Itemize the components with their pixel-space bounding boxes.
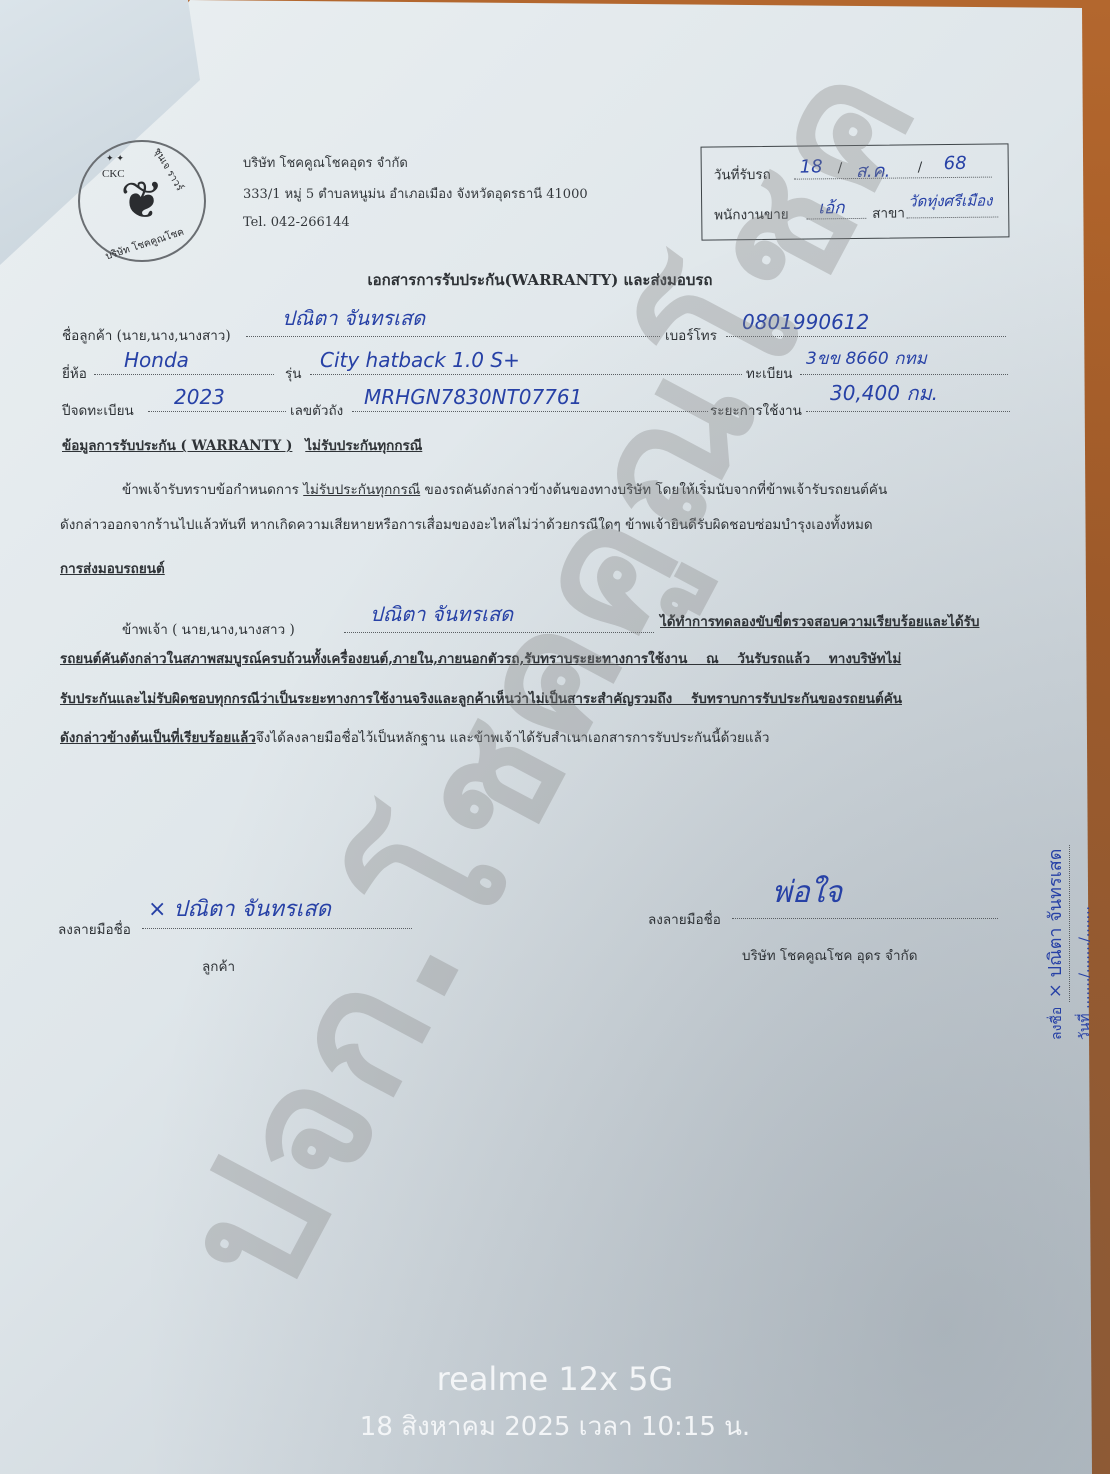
branch-label: สาขา	[872, 201, 905, 223]
reg-year-value: 2023	[174, 385, 225, 409]
side-sign-value: × ปณิตา จันทรเสด	[1040, 845, 1070, 1003]
company-name: บริษัท โชคคูณโชคอุดร จำกัด	[243, 152, 408, 173]
reg-year-field: 2023	[148, 393, 286, 412]
company-logo: ✦ ✦ CKC ❦ ชุนเจ ราวร์ บริษัท โชคคูณโชค	[78, 140, 206, 262]
model-label: รุ่น	[285, 362, 301, 384]
company-signature: พ่อใจ	[772, 869, 842, 916]
customer-name-value: ปณิตา จันทรเสด	[282, 302, 425, 334]
delivery-line-1-end: ได้ทำการทดลองขับขี่ตรวจสอบความเรียบร้อยแ…	[660, 613, 1022, 631]
warranty-paragraph-line-2: ดังกล่าวออกจากร้านไปแล้วทันที หากเกิดควา…	[60, 516, 1020, 534]
company-address: 333/1 หมู่ 5 ตำบลหนูม่น อำเภอเมือง จังหว…	[243, 183, 588, 204]
delivery-name-field: ปณิตา จันทรเสด	[344, 614, 654, 633]
delivery-line-3: รับประกันและไม่รับผิดชอบทุกกรณีว่าเป็นระ…	[60, 690, 1020, 708]
delivery-line-4: ดังกล่าวข้างต้นเป็นที่เรียบร้อยแล้วจึงได…	[60, 729, 1020, 747]
plate-label: ทะเบียน	[746, 362, 792, 384]
delivery-heading: การส่งมอบรถยนต์	[60, 560, 1020, 578]
receipt-info-box: วันที่รับรถ 18 / ส.ค. / 68 พนักงานขาย เอ…	[701, 143, 1010, 240]
company-tel: Tel. 042-266144	[243, 215, 350, 230]
delivery-intro-label: ข้าพเจ้า ( นาย,นาง,นางสาว )	[122, 621, 362, 639]
reg-year-label: ปีจดทะเบียน	[62, 399, 134, 421]
customer-sign-label: ลงลายมือชื่อ	[58, 918, 131, 940]
receive-date-label: วันที่รับรถ	[714, 163, 771, 186]
side-date-label: วันที่	[1077, 1013, 1093, 1040]
chassis-value: MRHGN7830NT07761	[364, 385, 582, 409]
camera-timestamp-watermark: 18 สิงหาคม 2025 เวลา 10:15 น.	[0, 1406, 1110, 1447]
company-role: บริษัท โชคคูณโชค อุดร จำกัด	[742, 944, 918, 966]
model-field: City hatback 1.0 S+	[310, 356, 742, 375]
customer-signature-field[interactable]: × ปณิตา จันทรเสด	[142, 910, 412, 929]
mileage-label: ระยะการใช้งาน	[710, 399, 802, 421]
receive-date-day: 18	[800, 156, 823, 177]
phone-field: 0801990612	[726, 318, 1006, 337]
pegasus-icon: ❦	[120, 175, 164, 227]
customer-name-label: ชื่อลูกค้า (นาย,นาง,นางสาว)	[62, 324, 231, 346]
salesperson-field: เอ้ก	[806, 200, 866, 220]
receive-date-year: 68	[944, 153, 967, 174]
warranty-paragraph-line-1: ข้าพเจ้ารับทราบข้อกำหนดการ ไม่รับประกันท…	[60, 481, 1020, 499]
logo-text: CKC	[102, 168, 125, 180]
company-signature-field[interactable]: พ่อใจ	[732, 900, 998, 919]
mileage-value: 30,400 กม.	[830, 377, 938, 409]
phone-label: เบอร์โทร	[665, 324, 717, 346]
brand-field: Honda	[94, 356, 274, 375]
delivery-name-value: ปณิตา จันทรเสด	[370, 598, 513, 630]
delivery-line-2: รถยนต์คันดังกล่าวในสภาพสมบูรณ์ครบถ้วนทั้…	[60, 650, 1020, 668]
plate-field: 3ขข 8660 กทม	[800, 356, 1008, 375]
plate-value: 3ขข 8660 กทม	[806, 345, 927, 372]
chassis-field: MRHGN7830NT07761	[352, 393, 708, 412]
no-warranty-highlight: ไม่รับประกันทุกกรณี	[303, 482, 420, 498]
customer-name-field: ปณิตา จันทรเสด	[246, 318, 660, 337]
side-signature: ลงชื่อ × ปณิตา จันทรเสด วันที่ ......./.…	[1040, 845, 1096, 1040]
side-sign-label: ลงชื่อ	[1049, 1007, 1065, 1040]
side-date-value: ......./......./.......	[1077, 906, 1093, 1009]
warranty-heading-text: ข้อมูลการรับประกัน ( WARRANTY )	[62, 438, 292, 454]
warranty-heading: ข้อมูลการรับประกัน ( WARRANTY ) ไม่รับปร…	[62, 434, 422, 456]
camera-device-watermark: realme 12x 5G	[0, 1360, 1110, 1398]
stars-icon: ✦ ✦	[106, 154, 124, 164]
salesperson-value: เอ้ก	[818, 194, 845, 221]
receive-date-month: ส.ค.	[856, 156, 891, 185]
customer-signature: × ปณิตา จันทรเสด	[148, 891, 331, 926]
chassis-label: เลขตัวถัง	[290, 399, 343, 421]
brand-label: ยี่ห้อ	[62, 362, 87, 384]
brand-value: Honda	[124, 348, 189, 372]
receive-date-field: 18 / ส.ค. / 68	[794, 159, 992, 180]
model-value: City hatback 1.0 S+	[320, 348, 520, 372]
customer-role: ลูกค้า	[202, 955, 235, 977]
branch-field: วัดทุ่งศรีเมือง	[906, 199, 998, 219]
document-title: เอกสารการรับประกัน(WARRANTY) และส่งมอบรถ	[0, 268, 1080, 292]
phone-value: 0801990612	[742, 310, 869, 334]
warranty-heading-note: ไม่รับประกันทุกกรณี	[305, 438, 422, 454]
branch-value: วัดทุ่งศรีเมือง	[908, 189, 993, 214]
salesperson-label: พนักงานขาย	[714, 203, 789, 226]
mileage-field: 30,400 กม.	[806, 393, 1010, 412]
company-sign-label: ลงลายมือชื่อ	[648, 908, 721, 930]
